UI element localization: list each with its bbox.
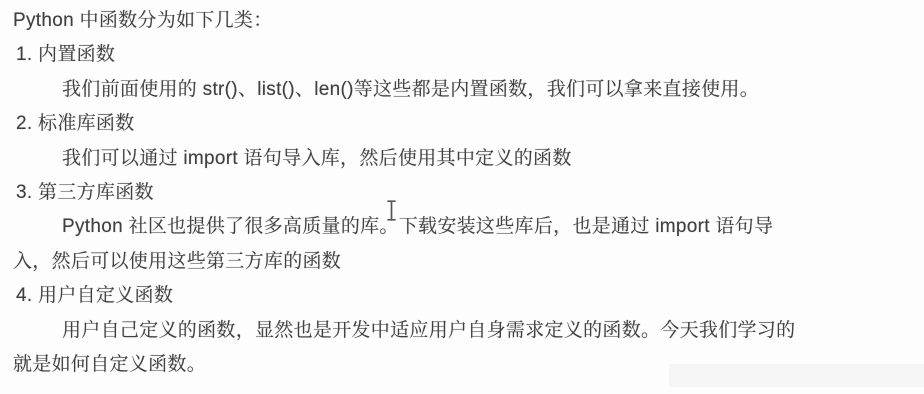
list-item-2-body: 我们可以通过 import 语句导入库，然后使用其中定义的函数 [13,142,924,176]
list-item-1-title: 1. 内置函数 [13,38,924,72]
intro-line: Python 中函数分为如下几类： [13,4,924,38]
document-page: Python 中函数分为如下几类： 1. 内置函数 我们前面使用的 str()、… [0,0,924,394]
list-item-3-title: 3. 第三方库函数 [13,176,924,210]
list-item-4-body-line-1: 用户自己定义的函数，显然也是开发中适应用户自身需求定义的函数。今天我们学习的 [13,314,924,348]
list-item-4-title: 4. 用户自定义函数 [13,279,924,313]
list-item-3-body-line-2: 入，然后可以使用这些第三方库的函数 [13,245,924,279]
list-item-1-body: 我们前面使用的 str()、list()、len()等这些都是内置函数，我们可以… [13,73,924,107]
document-text-block: Python 中函数分为如下几类： 1. 内置函数 我们前面使用的 str()、… [13,4,924,382]
list-item-3-body-line-1: Python 社区也提供了很多高质量的库。下载安装这些库后，也是通过 impor… [13,210,924,244]
faint-gray-rectangle [669,364,924,387]
list-item-2-title: 2. 标准库函数 [13,107,924,141]
